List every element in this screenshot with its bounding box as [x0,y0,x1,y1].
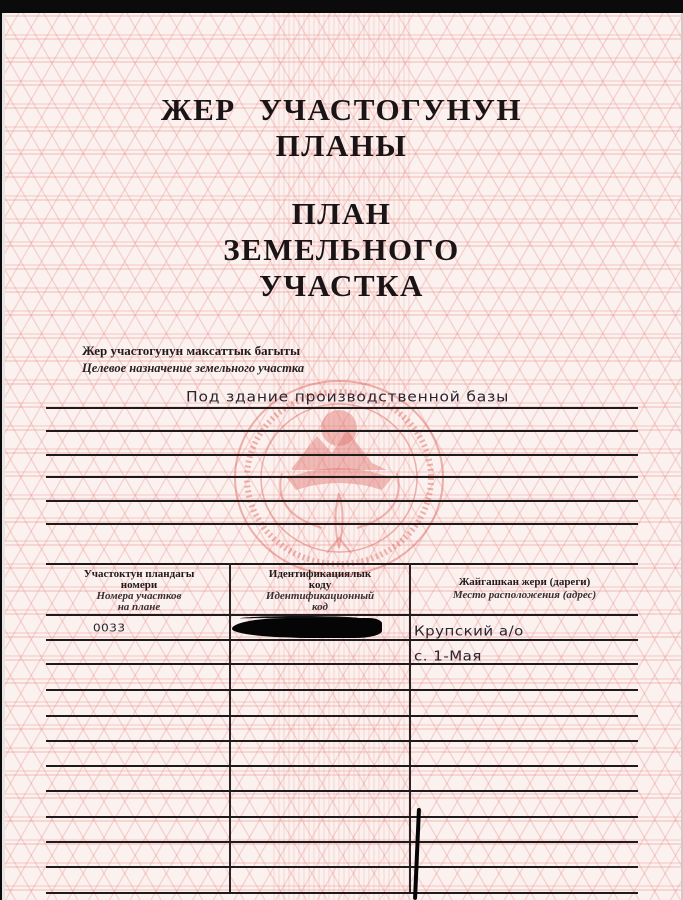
redaction-scribble [240,616,360,621]
table-row-line [46,740,638,742]
column-header-location: Жайгашкан жери (дареги) Место расположен… [411,576,638,602]
table-row-line [46,614,638,616]
redacted-identification-code [232,618,382,638]
table-row-line [46,639,638,641]
table-top-border [46,563,638,565]
ruled-line [46,523,638,525]
table-row-line [46,765,638,767]
purpose-value: Под здание производственной базы [186,389,509,405]
cell-plot-number: 0033 [93,622,126,635]
title-ru-line-3: УЧАСТКА [0,268,683,304]
top-black-bar [0,0,683,13]
ruled-line [46,476,638,478]
purpose-label-ru: Целевое назначение земельного участка [82,361,304,376]
purpose-label-ky: Жер участогунун максаттык багыты [82,343,300,359]
title-ru-line-2: ЗЕМЕЛЬНОГО [0,232,683,268]
cell-location-line-2: с. 1-Мая [414,648,482,664]
table-row-line [46,663,638,665]
ruled-line [46,454,638,456]
table-row-line [46,841,638,843]
table-row-line [46,790,638,792]
ruled-line [46,500,638,502]
table-row-line [46,866,638,868]
column-divider [409,563,411,894]
table-row-line [46,816,638,818]
title-ky-line-2: ПЛАНЫ [0,128,683,164]
ruled-line [46,407,638,409]
table-row-line [46,715,638,717]
column-header-identification-code: Идентификациялык коду Идентификационный … [231,569,409,613]
title-ky-line-1: ЖЕР УЧАСТОГУНУН [0,92,683,128]
cell-location-line-1: Крупский а/о [414,623,524,639]
column-divider [229,563,231,894]
title-ru-line-1: ПЛАН [0,196,683,232]
table-row-line [46,892,638,894]
ruled-line [46,430,638,432]
column-header-plot-number: Участоктун пландагы номери Номера участк… [50,569,228,613]
table-row-line [46,689,638,691]
